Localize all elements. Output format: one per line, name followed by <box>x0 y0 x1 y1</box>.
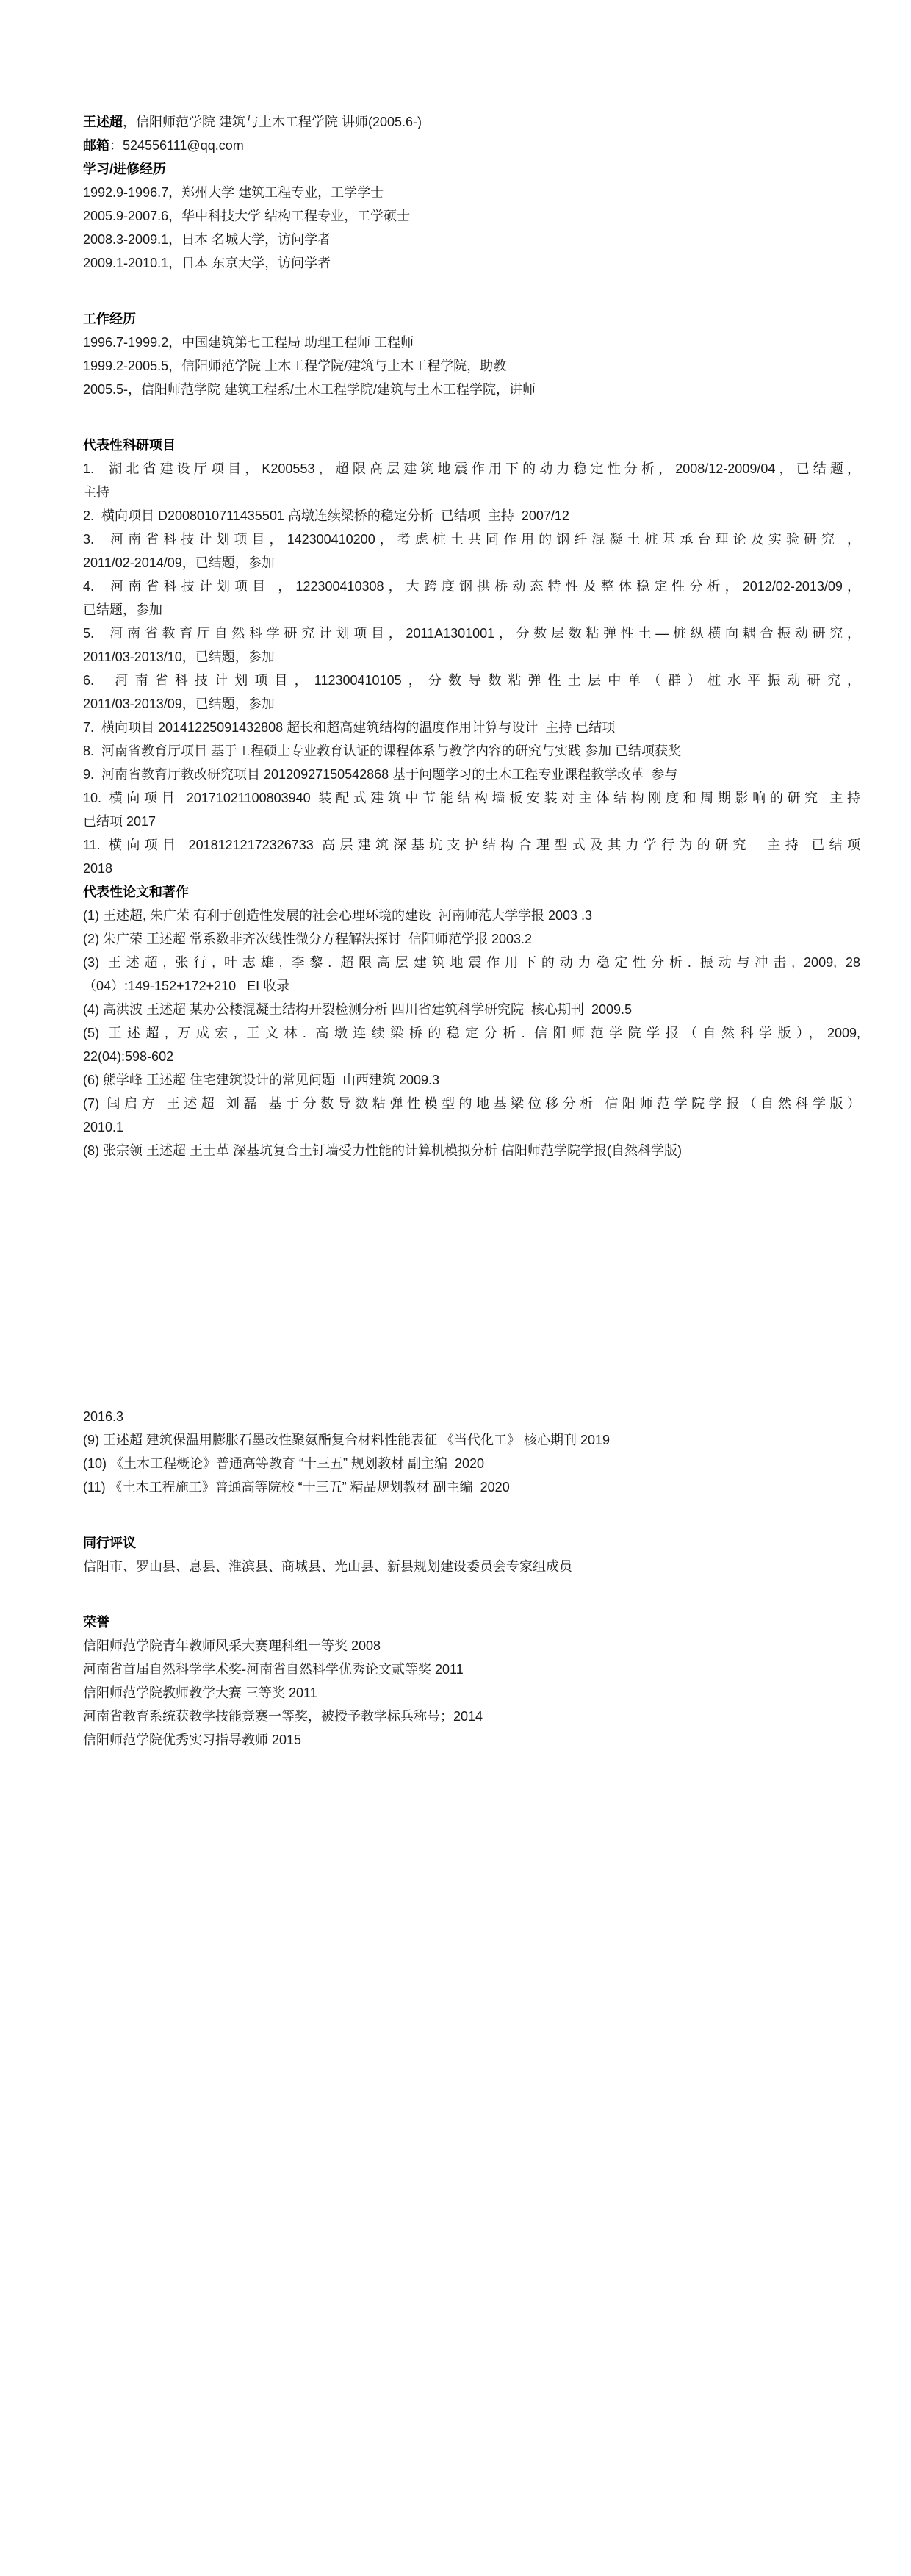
project-item-cont: 2018 <box>83 857 860 880</box>
honor-item: 信阳师范学院教师教学大赛 三等奖 2011 <box>83 1681 860 1705</box>
heading-research-projects: 代表性科研项目 <box>83 433 860 457</box>
person-header-line: 王述超，信阳师范学院 建筑与土木工程学院 讲师(2005.6-) <box>83 110 860 134</box>
project-item: 8. 河南省教育厅项目 基于工程硕士专业教育认证的课程体系与教学内容的研究与实践… <box>83 739 860 763</box>
work-item: 1996.7-1999.2，中国建筑第七工程局 助理工程师 工程师 <box>83 331 860 354</box>
publication-item: (1) 王述超, 朱广荣 有利于创造性发展的社会心理环境的建设 河南师范大学学报… <box>83 904 860 927</box>
education-item: 2005.9-2007.6，华中科技大学 结构工程专业，工学硕士 <box>83 204 860 228</box>
publication-item: (2) 朱广荣 王述超 常系数非齐次线性微分方程解法探讨 信阳师范学报 2003… <box>83 927 860 951</box>
publication-item: (3) 王述超, 张行, 叶志雄, 李黎. 超限高层建筑地震作用下的动力稳定性分… <box>83 951 860 974</box>
project-item: 9. 河南省教育厅教改研究项目 20120927150542868 基于问题学习… <box>83 763 860 786</box>
spacer <box>83 275 860 307</box>
publication-item: (11) 《土木工程施工》普通高等院校 “十三五” 精品规划教材 副主编 202… <box>83 1475 860 1499</box>
education-item: 1992.9-1996.7，郑州大学 建筑工程专业，工学学士 <box>83 181 860 204</box>
project-item: 2. 横向项目 D2008010711435501 高墩连续梁桥的稳定分析 已结… <box>83 504 860 528</box>
project-item: 10. 横向项目 20171021100803940 装配式建筑中节能结构墙板安… <box>83 786 860 810</box>
spacer <box>83 401 860 433</box>
person-name: 王述超 <box>83 115 123 129</box>
honor-item: 信阳师范学院青年教师风采大赛理科组一等奖 2008 <box>83 1634 860 1658</box>
heading-education: 学习/进修经历 <box>83 157 860 181</box>
publication-item: (5) 王述超, 万成宏, 王文林. 高墩连续梁桥的稳定分析. 信阳师范学院学报… <box>83 1021 860 1045</box>
project-item: 6. 河南省科技计划项目，112300410105，分数导数粘弹性土层中单（群）… <box>83 669 860 692</box>
publication-item-cont: 2016.3 <box>83 1405 860 1428</box>
project-item-cont: 2011/03-2013/09，已结题，参加 <box>83 692 860 716</box>
spacer <box>83 1499 860 1531</box>
honor-item: 河南省首届自然科学学术奖-河南省自然科学优秀论文贰等奖 2011 <box>83 1658 860 1681</box>
email-label: 邮箱 <box>83 138 109 153</box>
publication-item: (7) 闫启方 王述超 刘磊 基于分数导数粘弹性模型的地基梁位移分析 信阳师范学… <box>83 1092 860 1115</box>
education-item: 2008.3-2009.1，日本 名城大学，访问学者 <box>83 228 860 251</box>
work-item: 1999.2-2005.5，信阳师范学院 土木工程学院/建筑与土木工程学院，助教 <box>83 354 860 378</box>
publication-item: (4) 高洪波 王述超 某办公楼混凝土结构开裂检测分析 四川省建筑科学研究院 核… <box>83 998 860 1021</box>
heading-publications: 代表性论文和著作 <box>83 880 860 904</box>
spacer <box>83 1578 860 1611</box>
publication-item: (10) 《土木工程概论》普通高等教育 “十三五” 规划教材 副主编 2020 <box>83 1452 860 1475</box>
publication-item: (6) 熊学峰 王述超 住宅建筑设计的常见问题 山西建筑 2009.3 <box>83 1068 860 1092</box>
project-item-cont: 2011/03-2013/10，已结题，参加 <box>83 645 860 669</box>
person-affiliation: ，信阳师范学院 建筑与土木工程学院 讲师(2005.6-) <box>123 115 422 129</box>
work-item: 2005.5-，信阳师范学院 建筑工程系/土木工程学院/建筑与土木工程学院，讲师 <box>83 378 860 401</box>
email-value: ：524556111@qq.com <box>109 138 244 153</box>
publication-item: (9) 王述超 建筑保温用膨胀石墨改性聚氨酯复合材料性能表征 《当代化工》 核心… <box>83 1428 860 1452</box>
publication-item: (8) 张宗领 王述超 王士革 深基坑复合土钉墙受力性能的计算机模拟分析 信阳师… <box>83 1139 860 1162</box>
project-item: 1. 湖北省建设厅项目，K200553，超限高层建筑地震作用下的动力稳定性分析，… <box>83 457 860 481</box>
project-item: 5. 河南省教育厅自然科学研究计划项目，2011A1301001，分数层数粘弹性… <box>83 622 860 645</box>
project-item: 11. 横向项目 20181212172326733 高层建筑深基坑支护结构合理… <box>83 833 860 857</box>
heading-honors: 荣誉 <box>83 1611 860 1634</box>
project-item-cont: 已结题，参加 <box>83 598 860 622</box>
publication-item-cont: 2010.1 <box>83 1115 860 1139</box>
project-item: 3. 河南省科技计划项目，142300410200，考虑桩土共同作用的钢纤混凝土… <box>83 528 860 551</box>
project-item: 7. 横向项目 20141225091432808 超长和超高建筑结构的温度作用… <box>83 716 860 739</box>
document-content: 王述超，信阳师范学院 建筑与土木工程学院 讲师(2005.6-)邮箱：52455… <box>83 110 860 1752</box>
honor-item: 河南省教育系统获教学技能竞赛一等奖，被授予教学标兵称号；2014 <box>83 1705 860 1728</box>
spacer <box>83 1162 860 1405</box>
document-page: 王述超，信阳师范学院 建筑与土木工程学院 讲师(2005.6-)邮箱：52455… <box>0 0 911 2576</box>
project-item-cont: 主持 <box>83 481 860 504</box>
heading-work-experience: 工作经历 <box>83 307 860 331</box>
project-item-cont: 已结项 2017 <box>83 810 860 833</box>
project-item: 4. 河南省科技计划项目 ，122300410308，大跨度钢拱桥动态特性及整体… <box>83 575 860 598</box>
publication-item-cont: （04）:149-152+172+210 EI 收录 <box>83 974 860 998</box>
publication-item-cont: 22(04):598-602 <box>83 1045 860 1068</box>
email-line: 邮箱：524556111@qq.com <box>83 134 860 157</box>
project-item-cont: 2011/02-2014/09，已结题，参加 <box>83 551 860 575</box>
honor-item: 信阳师范学院优秀实习指导教师 2015 <box>83 1728 860 1752</box>
peer-review-line: 信阳市、罗山县、息县、淮滨县、商城县、光山县、新县规划建设委员会专家组成员 <box>83 1555 860 1578</box>
heading-peer-review: 同行评议 <box>83 1531 860 1555</box>
education-item: 2009.1-2010.1，日本 东京大学，访问学者 <box>83 251 860 275</box>
